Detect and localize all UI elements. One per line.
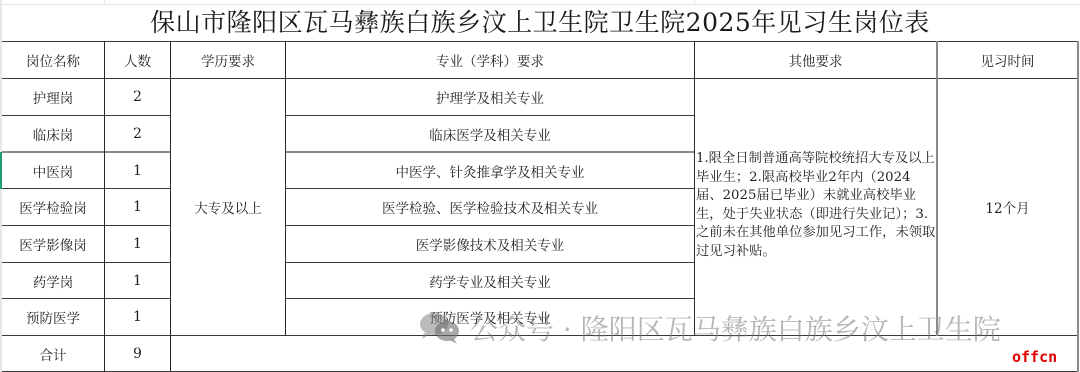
brand-logo: offcn	[1012, 348, 1057, 366]
column-divider	[694, 41, 695, 336]
cell-major[interactable]: 中医学、针灸推拿学及相关专业	[286, 153, 694, 189]
total-count[interactable]: 9	[105, 336, 170, 371]
cell-count[interactable]: 2	[105, 116, 170, 152]
header-position: 岗位名称	[2, 42, 104, 78]
header-count: 人数	[105, 42, 170, 78]
cell-major[interactable]: 医学检验、医学检验技术及相关专业	[286, 189, 694, 225]
cell-other-requirements[interactable]: 1.限全日制普通高等院校统招大专及以上毕业生；2.限高校毕业2年内（2024届、…	[696, 150, 936, 261]
header-education: 学历要求	[171, 42, 285, 78]
cell-position[interactable]: 预防医学	[2, 299, 104, 335]
page-title: 保山市隆阳区瓦马彝族白族乡汶上卫生院卫生院2025年见习生岗位表	[0, 5, 1080, 41]
cell-position[interactable]: 药学岗	[2, 263, 104, 299]
cell-major[interactable]: 医学影像技术及相关专业	[286, 226, 694, 262]
cell-count[interactable]: 1	[105, 189, 170, 225]
sheet-gridline	[694, 0, 695, 4]
cell-duration-merged[interactable]: 12个月	[938, 79, 1077, 335]
cell-education-merged[interactable]: 大专及以上	[171, 79, 285, 335]
cell-position[interactable]: 临床岗	[2, 116, 104, 152]
cell-position[interactable]: 医学影像岗	[2, 226, 104, 262]
cell-position[interactable]: 护理岗	[2, 79, 104, 115]
total-label: 合计	[2, 336, 104, 371]
cell-count[interactable]: 2	[105, 79, 170, 115]
cell-position[interactable]: 医学检验岗	[2, 189, 104, 225]
header-other: 其他要求	[695, 42, 936, 78]
table-border	[1077, 41, 1079, 372]
cell-major[interactable]: 护理学及相关专业	[286, 79, 694, 115]
cell-count[interactable]: 1	[105, 299, 170, 335]
cell-major[interactable]: 预防医学及相关专业	[286, 299, 694, 335]
cell-major[interactable]: 临床医学及相关专业	[286, 116, 694, 152]
cell-count[interactable]: 1	[105, 226, 170, 262]
header-major: 专业（学科）要求	[286, 42, 694, 78]
cell-position[interactable]: 中医岗	[2, 153, 104, 189]
cell-count[interactable]: 1	[105, 153, 170, 189]
header-duration: 见习时间	[938, 42, 1077, 78]
sheet-gridline	[104, 0, 105, 4]
cell-major[interactable]: 药学专业及相关专业	[286, 263, 694, 299]
cell-count[interactable]: 1	[105, 263, 170, 299]
